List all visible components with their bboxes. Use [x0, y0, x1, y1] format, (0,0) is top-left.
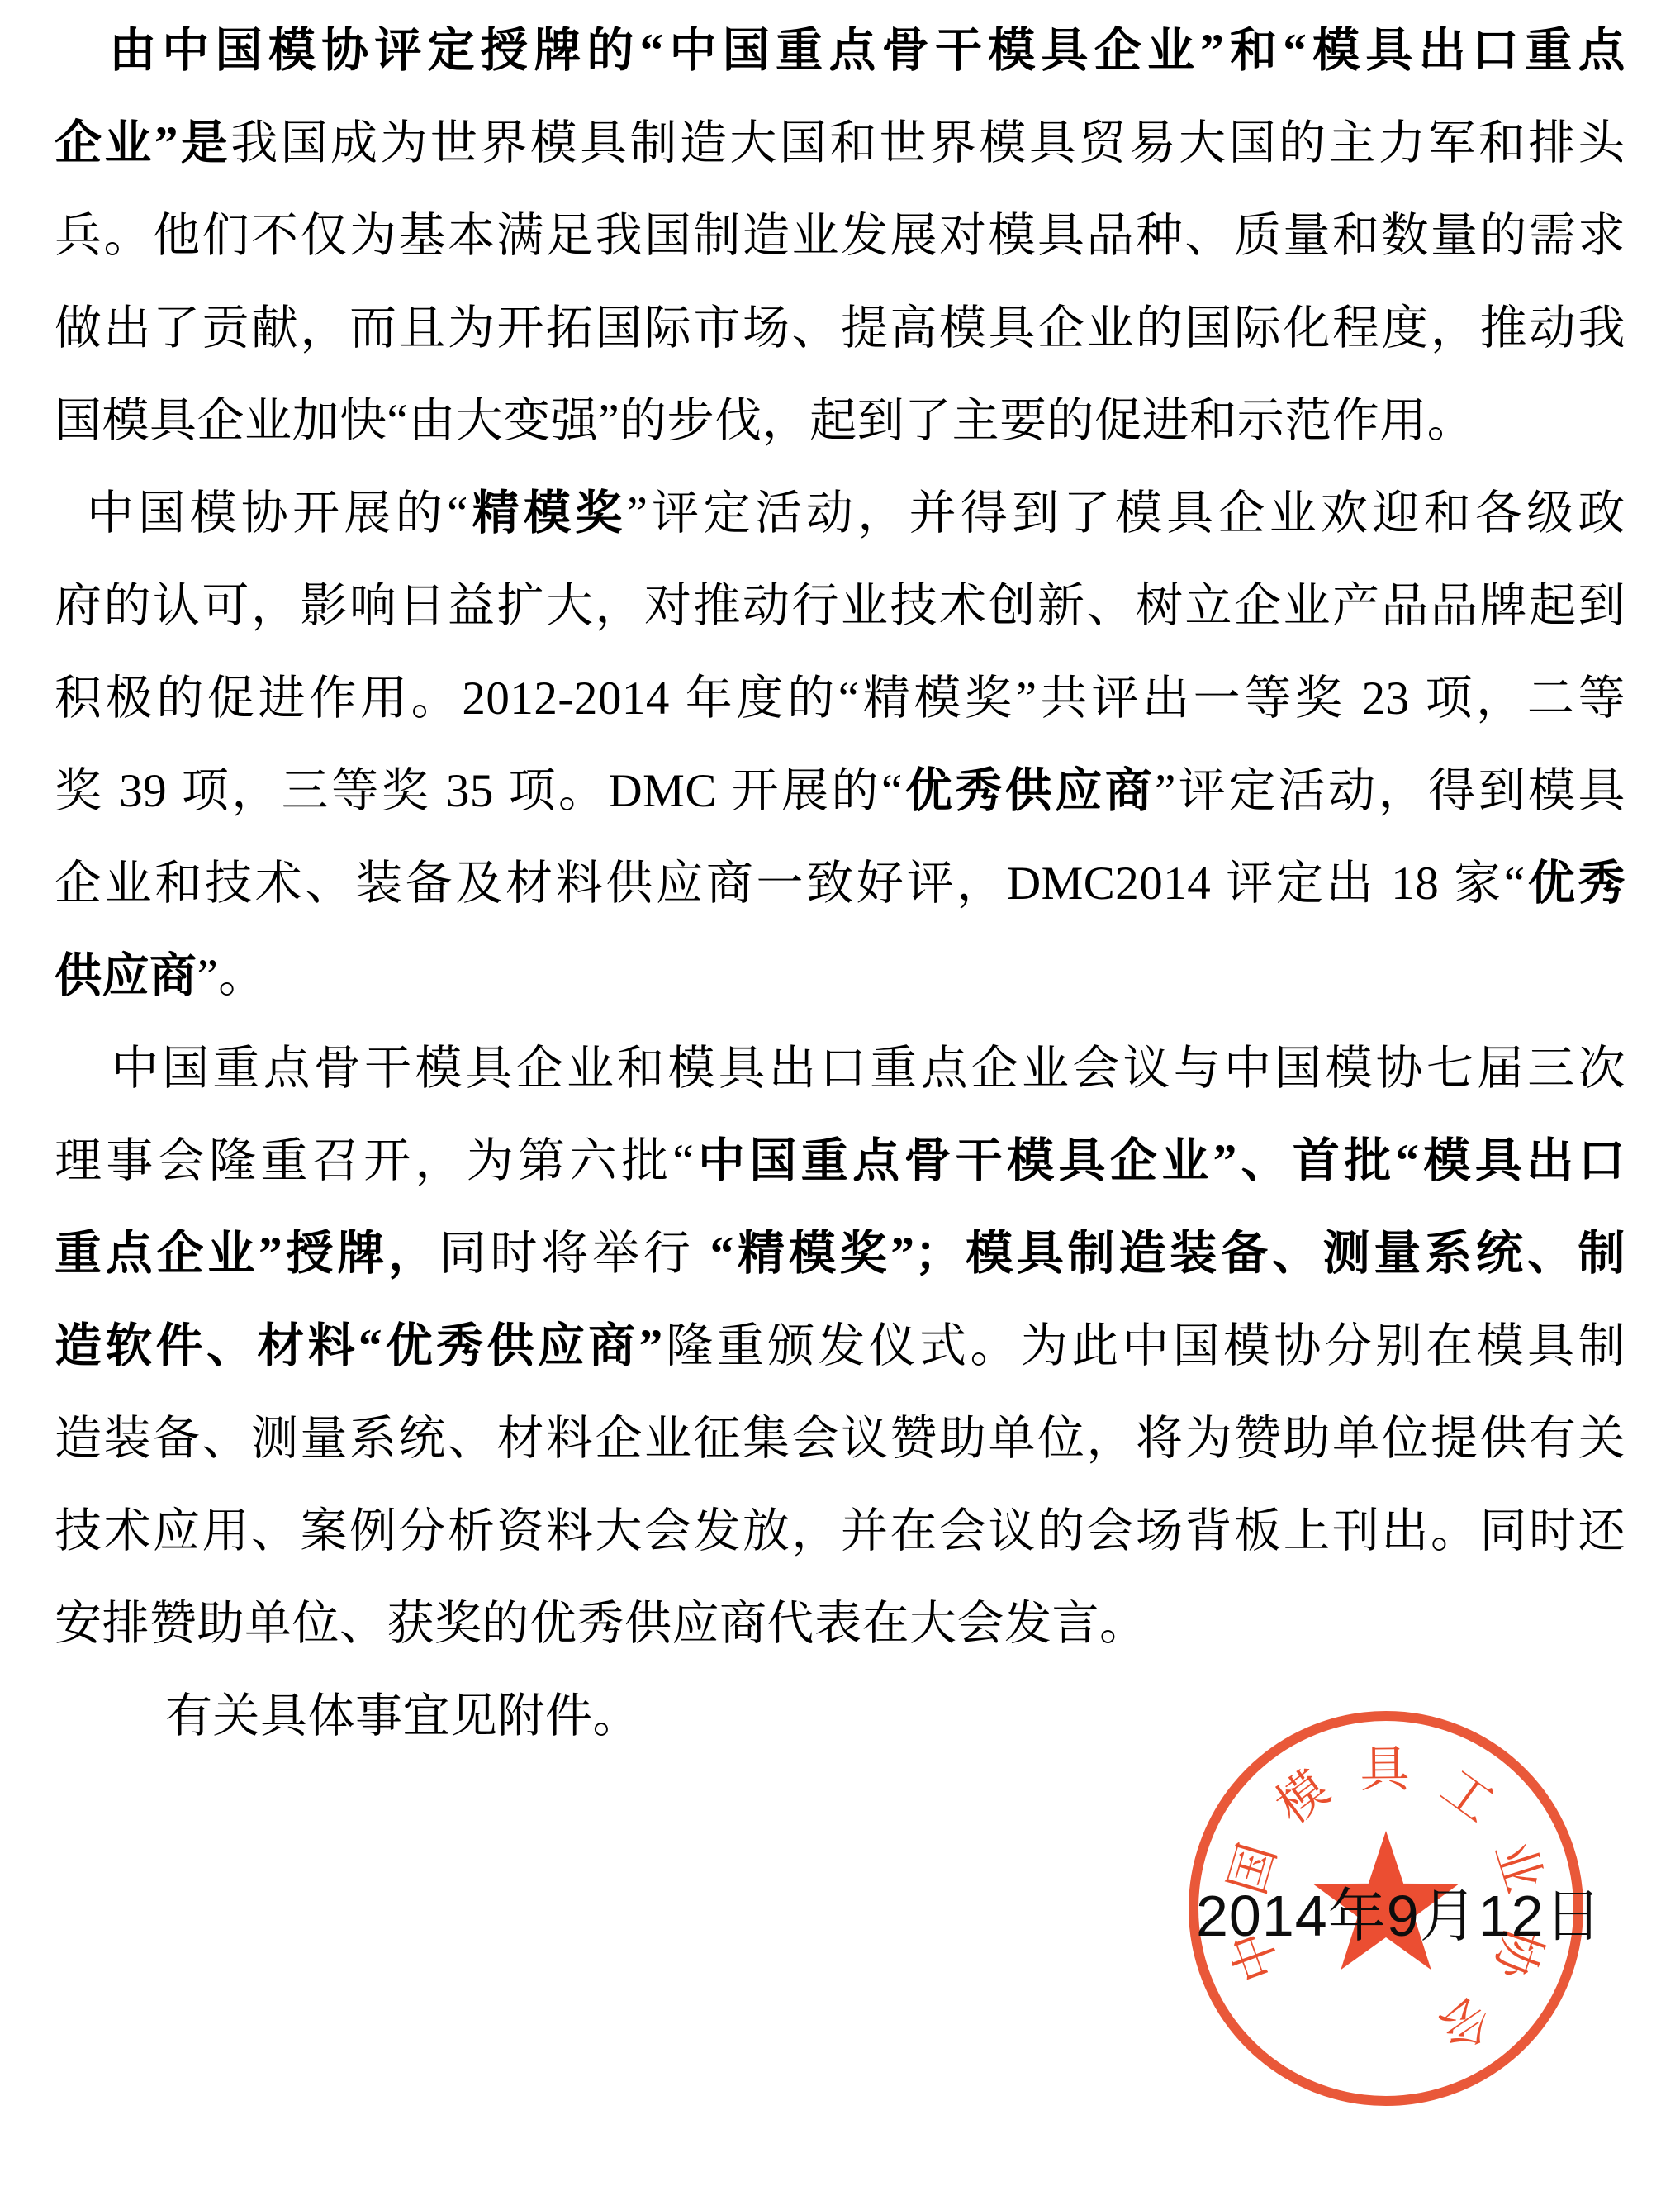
text-line: 中国重点骨干模具企业和模具出口重点企业会议与中国模协七届三次: [55, 1023, 1625, 1115]
date-text: 2014年9月12日: [1196, 1885, 1603, 1946]
seal-char: 模: [1266, 1761, 1339, 1834]
text-line: 做出了贡献，而且为开拓国际市场、提高模具企业的国际化程度，推动我: [55, 283, 1625, 375]
text-line: 积极的促进作用。2012-2014 年度的“精模奖”共评出一等奖 23 项，二等: [55, 653, 1625, 745]
text-line: 造装备、测量系统、材料企业征集会议赞助单位，将为赞助单位提供有关: [55, 1393, 1625, 1485]
text-run: 供应商: [55, 950, 197, 1002]
text-line: 奖 39 项，三等奖 35 项。DMC 开展的“优秀供应商”评定活动，得到模具: [55, 745, 1625, 838]
text-run: 我国成为世界模具制造大国和世界模具贸易大国的主力军和排头: [230, 117, 1625, 169]
text-line: 兵。他们不仅为基本满足我国制造业发展对模具品种、质量和数量的需求: [55, 190, 1625, 283]
text-line: 国模具企业加快“由大变强”的步伐，起到了主要的促进和示范作用。: [55, 375, 1625, 468]
text-run: 理事会隆重召开，为第六批“: [55, 1135, 694, 1187]
text-run: 安排赞助单位、获奖的优秀供应商代表在大会发言。: [55, 1598, 1147, 1650]
text-run: 中国重点骨干模具企业和模具出口重点企业会议与中国模协七届三次: [112, 1043, 1625, 1095]
text-line: 企业”是我国成为世界模具制造大国和世界模具贸易大国的主力军和排头: [55, 97, 1625, 190]
seal-char: 工: [1431, 1760, 1503, 1833]
text-run: 精模奖: [468, 487, 627, 539]
text-run: 造软件、材料“优秀供应商”: [55, 1320, 663, 1372]
text-line: 理事会隆重召开，为第六批“中国重点骨干模具企业”、首批“模具出口: [55, 1115, 1625, 1208]
text-line: 技术应用、案例分析资料大会发放，并在会议的会场背板上刊出。同时还: [55, 1485, 1625, 1578]
text-line: 企业和技术、装备及材料供应商一致好评，DMC2014 评定出 18 家“优秀: [55, 838, 1625, 930]
text-run: 中国重点骨干模具企业”、首批“模具出口: [694, 1135, 1625, 1187]
text-run: 有关具体事宜见附件。: [165, 1690, 640, 1742]
text-run: “精模奖”；模具制造装备、测量系统、制: [710, 1228, 1625, 1280]
seal-char: 会: [1429, 1986, 1501, 2059]
text-run: 兵。他们不仅为基本满足我国制造业发展对模具品种、质量和数量的需求: [55, 210, 1625, 262]
text-run: 隆重颁发仪式。为此中国模协分别在模具制: [663, 1320, 1625, 1372]
text-run: 同时将举行: [439, 1228, 710, 1280]
text-line: 安排赞助单位、获奖的优秀供应商代表在大会发言。: [55, 1578, 1625, 1671]
text-run: 技术应用、案例分析资料大会发放，并在会议的会场背板上刊出。同时还: [55, 1505, 1625, 1557]
text-run: 中国模协开展的“: [87, 487, 468, 539]
text-run: 优秀供应商: [903, 765, 1155, 817]
text-run: 优秀: [1526, 858, 1625, 910]
text-run: ”。: [197, 950, 266, 1002]
text-run: 奖 39 项，三等奖 35 项。DMC 开展的“: [55, 765, 903, 817]
document-page: 由中国模协评定授牌的“中国重点骨干模具企业”和“模具出口重点企业”是我国成为世界…: [0, 0, 1680, 2191]
text-run: 做出了贡献，而且为开拓国际市场、提高模具企业的国际化程度，推动我: [55, 302, 1625, 354]
text-run: 企业和技术、装备及材料供应商一致好评，DMC2014 评定出 18 家“: [55, 858, 1526, 910]
text-run: 国模具企业加快“由大变强”的步伐，起到了主要的促进和示范作用。: [55, 395, 1474, 447]
text-run: ”评定活动，得到模具: [1155, 765, 1625, 817]
letter-body: 由中国模协评定授牌的“中国重点骨干模具企业”和“模具出口重点企业”是我国成为世界…: [55, 5, 1625, 1763]
text-line: 供应商”。: [55, 930, 1625, 1023]
text-run: 重点企业”授牌，: [55, 1228, 439, 1280]
text-run: 企业”是: [55, 117, 230, 169]
text-run: ”评定活动，并得到了模具企业欢迎和各级政: [627, 487, 1625, 539]
text-run: 由中国模协评定授牌的“中国重点骨干模具企业”和“模具出口重点: [109, 25, 1625, 77]
text-run: 府的认可，影响日益扩大，对推动行业技术创新、树立企业产品品牌起到: [55, 580, 1625, 632]
seal-char: 具: [1360, 1742, 1412, 1798]
text-run: 积极的促进作用。2012-2014 年度的“精模奖”共评出一等奖 23 项，二等: [55, 673, 1625, 725]
text-line: 重点企业”授牌，同时将举行 “精模奖”；模具制造装备、测量系统、制: [55, 1208, 1625, 1300]
text-line: 造软件、材料“优秀供应商”隆重颁发仪式。为此中国模协分别在模具制: [55, 1300, 1625, 1393]
text-line: 中国模协开展的“精模奖”评定活动，并得到了模具企业欢迎和各级政: [55, 468, 1625, 560]
text-line: 由中国模协评定授牌的“中国重点骨干模具企业”和“模具出口重点: [55, 5, 1625, 97]
text-run: 造装备、测量系统、材料企业征集会议赞助单位，将为赞助单位提供有关: [55, 1413, 1625, 1465]
text-line: 府的认可，影响日益扩大，对推动行业技术创新、树立企业产品品牌起到: [55, 560, 1625, 653]
